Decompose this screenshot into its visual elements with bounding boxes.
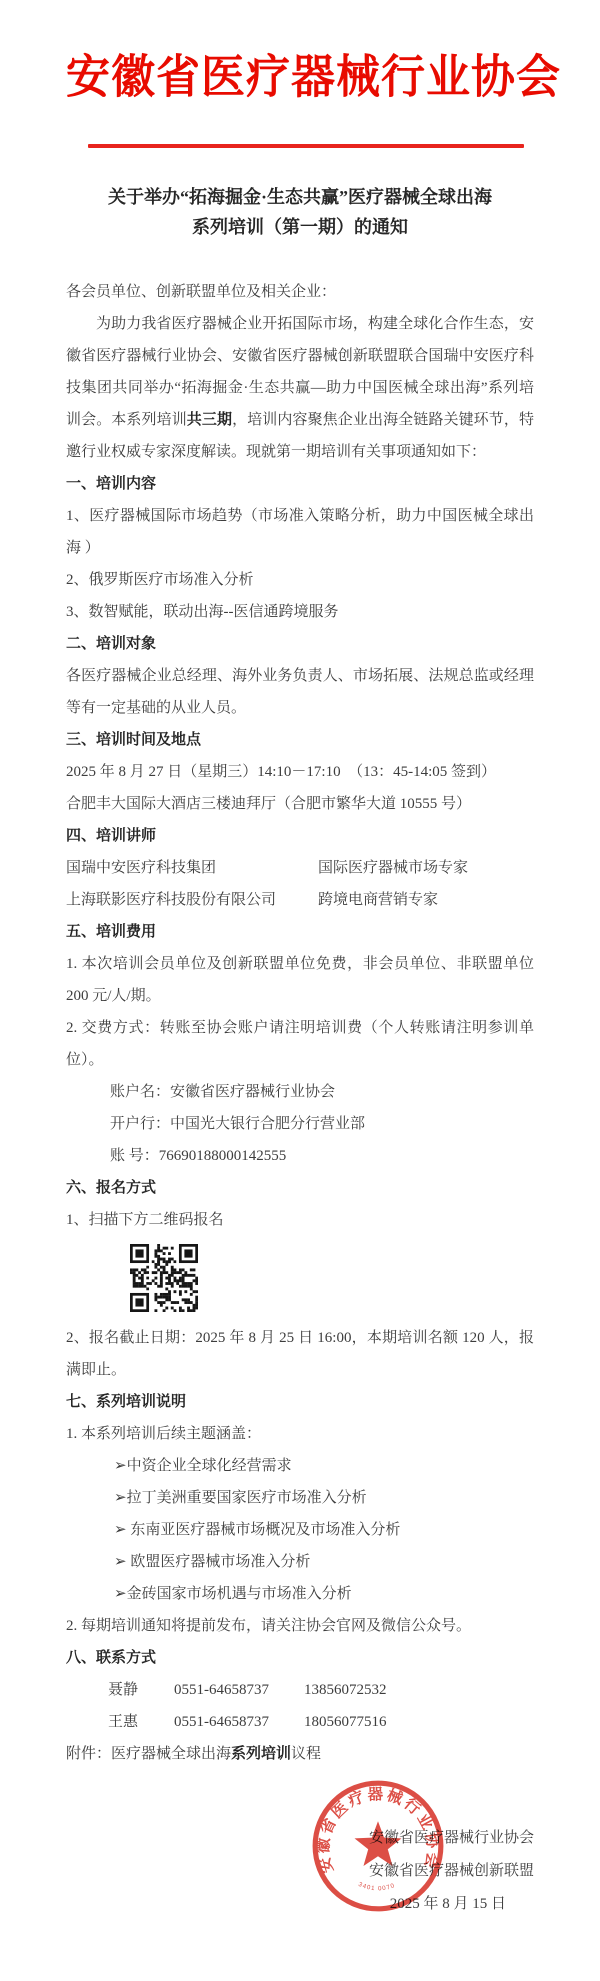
- schedule-time: 2025 年 8 月 27 日（星期三）14:10－17:10 （13：45-1…: [66, 756, 534, 788]
- content-item-3: 3、数智赋能，联动出海--医信通跨境服务: [66, 596, 534, 628]
- letterhead-divider: [88, 144, 524, 148]
- signature-block: 安徽省医疗器械行业协会 安徽省医疗器械创新联盟 2025 年 8 月 15 日 …: [66, 1822, 534, 1921]
- salutation: 各会员单位、创新联盟单位及相关企业：: [66, 276, 534, 308]
- series-bullet: ➢金砖国家市场机遇与市场准入分析: [66, 1578, 534, 1610]
- qr-code-svg: [130, 1244, 198, 1312]
- signature-org-1: 安徽省医疗器械行业协会: [66, 1822, 534, 1855]
- series-bullet: ➢拉丁美洲重要国家医疗市场准入分析: [66, 1482, 534, 1514]
- fees-account-name: 账户名：安徽省医疗器械行业协会: [66, 1076, 534, 1108]
- attachment-tail: 议程: [291, 1746, 321, 1762]
- registration-item-1: 1、扫描下方二维码报名: [66, 1204, 534, 1236]
- lecturer-title: 跨境电商营销专家: [318, 884, 534, 916]
- contact-phone: 0551-64658737: [174, 1674, 304, 1706]
- contact-name: 聂静: [108, 1674, 174, 1706]
- attachment-line: 附件：医疗器械全球出海系列培训议程: [66, 1738, 534, 1770]
- content-item-2: 2、俄罗斯医疗市场准入分析: [66, 564, 534, 596]
- fees-item-2: 2. 交费方式：转账至协会账户请注明培训费（个人转账请注明参训单位）。: [66, 1012, 534, 1076]
- series-item-2: 2. 每期培训通知将提前发布，请关注协会官网及微信公众号。: [66, 1610, 534, 1642]
- fees-item-1: 1. 本次培训会员单位及创新联盟单位免费，非会员单位、非联盟单位 200 元/人…: [66, 948, 534, 1012]
- registration-qr-code: [130, 1244, 198, 1312]
- lecturer-row: 上海联影医疗科技股份有限公司 跨境电商营销专家: [66, 884, 534, 916]
- schedule-venue: 合肥丰大国际大酒店三楼迪拜厅（合肥市繁华大道 10555 号）: [66, 788, 534, 820]
- section-heading-schedule: 三、培训时间及地点: [66, 724, 534, 756]
- attachment-label: 附件：: [66, 1746, 111, 1762]
- section-heading-registration: 六、报名方式: [66, 1172, 534, 1204]
- contact-mobile: 18056077516: [304, 1706, 387, 1738]
- lecturer-title: 国际医疗器械市场专家: [318, 852, 534, 884]
- section-heading-audience: 二、培训对象: [66, 628, 534, 660]
- section-heading-lecturers: 四、培训讲师: [66, 820, 534, 852]
- attachment-bold-text: 系列培训: [231, 1746, 291, 1762]
- contact-row: 王惠 0551-64658737 18056077516: [66, 1706, 534, 1738]
- contact-mobile: 13856072532: [304, 1674, 387, 1706]
- intro-bold-text: 共三期: [187, 412, 232, 428]
- fees-account-number: 账 号：76690188000142555: [66, 1140, 534, 1172]
- signature-org-2: 安徽省医疗器械创新联盟: [66, 1855, 534, 1888]
- audience-text: 各医疗器械企业总经理、海外业务负责人、市场拓展、法规总监或经理等有一定基础的从业…: [66, 660, 534, 724]
- series-item-1: 1. 本系列培训后续主题涵盖：: [66, 1418, 534, 1450]
- registration-item-2: 2、报名截止日期：2025 年 8 月 25 日 16:00，本期培训名额 12…: [66, 1322, 534, 1386]
- document-content: 安徽省医疗器械行业协会 关于举办“拓海掘金·生态共赢”医疗器械全球出海 系列培训…: [0, 0, 600, 1981]
- contact-phone: 0551-64658737: [174, 1706, 304, 1738]
- fees-bank: 开户行：中国光大银行合肥分行营业部: [66, 1108, 534, 1140]
- section-heading-fees: 五、培训费用: [66, 916, 534, 948]
- contact-name: 王惠: [108, 1706, 174, 1738]
- section-heading-series: 七、系列培训说明: [66, 1386, 534, 1418]
- content-item-1: 1、医疗器械国际市场趋势（市场准入策略分析，助力中国医械全球出海 ）: [66, 500, 534, 564]
- lecturer-row: 国瑞中安医疗科技集团 国际医疗器械市场专家: [66, 852, 534, 884]
- section-heading-content: 一、培训内容: [66, 468, 534, 500]
- lecturer-org: 上海联影医疗科技股份有限公司: [66, 884, 318, 916]
- lecturer-org: 国瑞中安医疗科技集团: [66, 852, 318, 884]
- document-title-line2: 系列培训（第一期）的通知: [66, 212, 534, 242]
- series-bullet: ➢中资企业全球化经营需求: [66, 1450, 534, 1482]
- series-bullet: ➢ 欧盟医疗器械市场准入分析: [66, 1546, 534, 1578]
- document-title-line1: 关于举办“拓海掘金·生态共赢”医疗器械全球出海: [66, 182, 534, 212]
- signature-date: 2025 年 8 月 15 日: [66, 1888, 534, 1921]
- series-bullet: ➢ 东南亚医疗器械市场概况及市场准入分析: [66, 1514, 534, 1546]
- contact-row: 聂静 0551-64658737 13856072532: [66, 1674, 534, 1706]
- letterhead-org-name: 安徽省医疗器械行业协会: [66, 38, 534, 117]
- intro-paragraph: 为助力我省医疗器械企业开拓国际市场，构建全球化合作生态，安徽省医疗器械行业协会、…: [66, 308, 534, 468]
- attachment-text: 医疗器械全球出海: [111, 1746, 231, 1762]
- notice-document: 安徽省医疗器械行业协会 关于举办“拓海掘金·生态共赢”医疗器械全球出海 系列培训…: [0, 0, 600, 1981]
- section-heading-contacts: 八、联系方式: [66, 1642, 534, 1674]
- document-title: 关于举办“拓海掘金·生态共赢”医疗器械全球出海 系列培训（第一期）的通知: [66, 182, 534, 242]
- document-body: 各会员单位、创新联盟单位及相关企业： 为助力我省医疗器械企业开拓国际市场，构建全…: [66, 276, 534, 1921]
